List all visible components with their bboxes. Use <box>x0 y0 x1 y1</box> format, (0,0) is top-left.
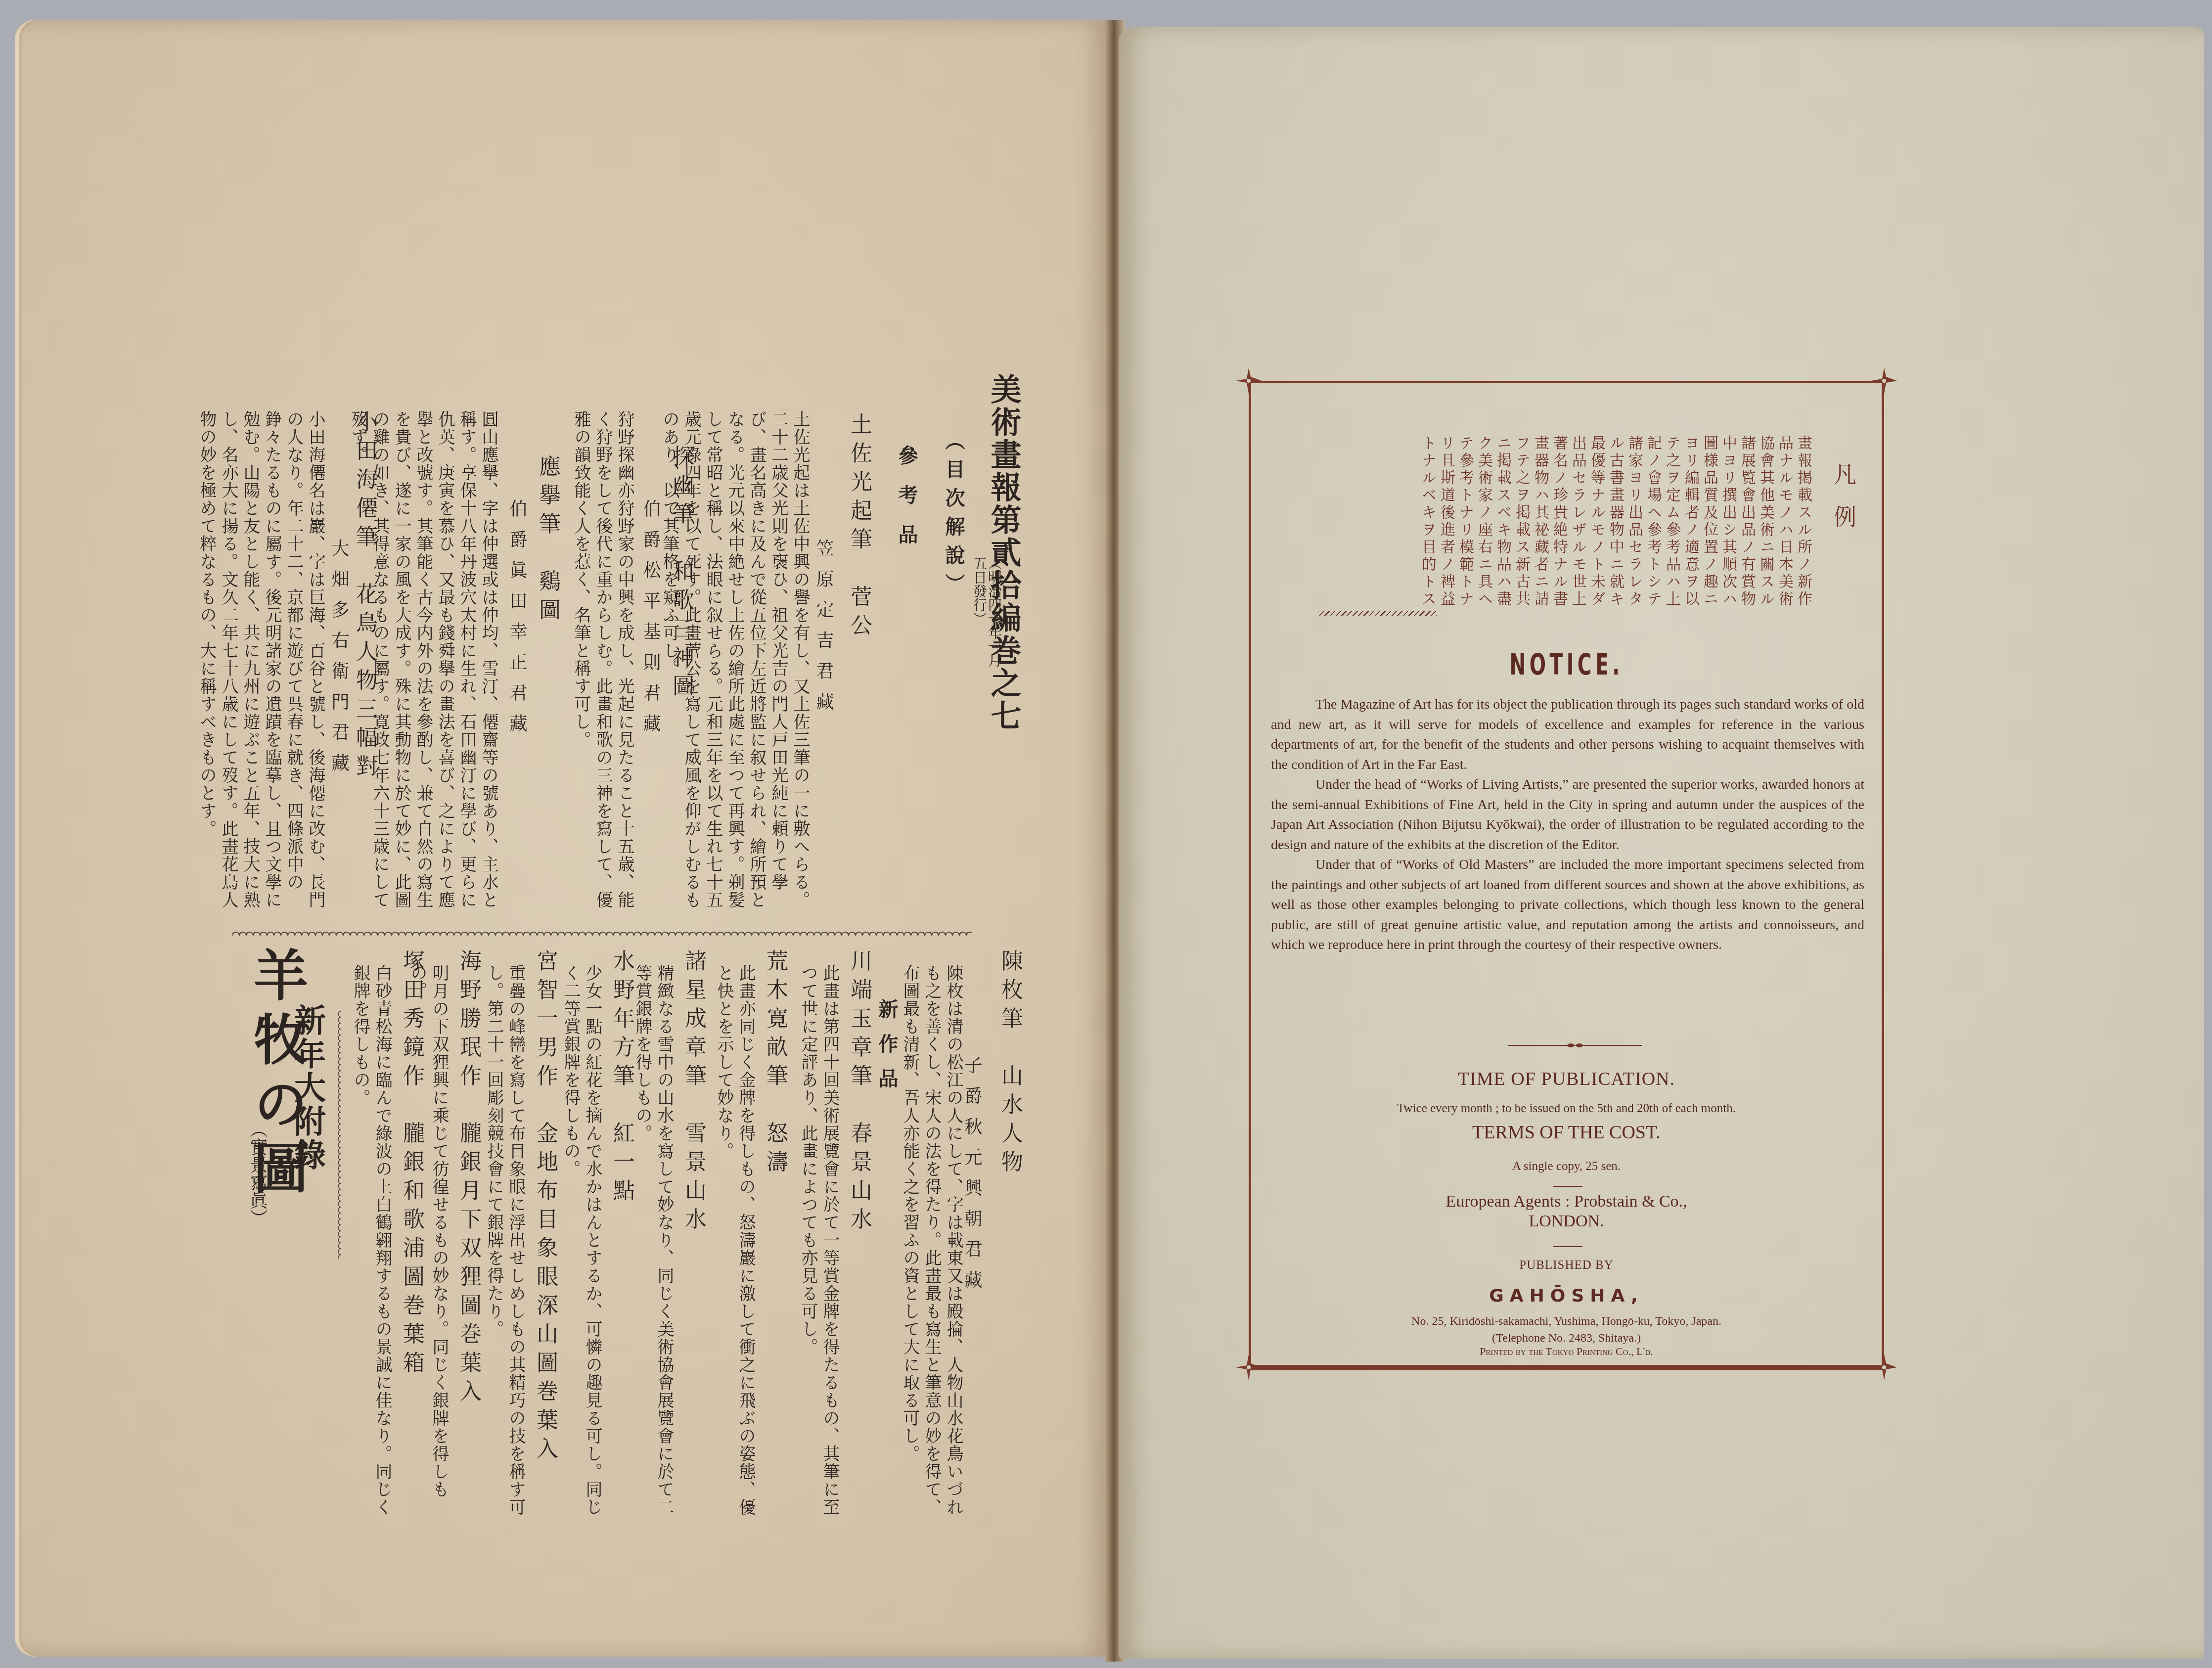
hanrei-text: 畫報掲載スル所ノ新作品ナルモノハ日本美術協會其他美術ニ關スル諸展覧會出品ノ有賞物… <box>1259 435 1812 618</box>
publisher-address: No. 25, Kiridōshi-sakamachi, Yushima, Ho… <box>1249 1313 1884 1347</box>
entry-owner: 伯爵松平基則君藏 <box>638 499 663 745</box>
hanrei-title: 凡例 <box>1827 462 1860 547</box>
entry-description: 陳枚は清の松江の人にして、字は載東又は殿掄、人物山水花鳥いづれも之を善くし、宋人… <box>900 964 964 1523</box>
entry-title: 海野勝珉作 朧銀月下双狸圖巻葉入 <box>452 949 484 1408</box>
entry-owner: 伯爵眞田幸正君藏 <box>504 499 530 745</box>
issue-date: （明治四十年一月五日發行） <box>967 556 1001 675</box>
entry-title: 陳枚筆 山水人物 <box>994 949 1026 1179</box>
entry-title: 探幽筆 和歌三神圖 <box>665 445 697 703</box>
entry-title: 諸星成章筆 雪景山水 <box>677 949 709 1236</box>
entry-title: 土佐光起筆 菅公 <box>843 413 875 642</box>
notice-body: The Magazine of Art has for its object t… <box>1271 695 1864 955</box>
publisher-name: GAHŌSHA, <box>1249 1286 1884 1306</box>
supplement-note: （實景寫眞） <box>245 1120 270 1227</box>
entry-description: 此畫亦同じく金牌を得しもの、怒濤巖に激して衝之に飛ぶの姿態、優と快とを示して妙な… <box>702 964 757 1523</box>
publication-heading: TIME OF PUBLICATION. <box>1249 1068 1884 1090</box>
magazine-title: 美術畫報第貳拾編巻之七 <box>982 373 1026 732</box>
entry-title: 應擧筆 鷄圖 <box>532 455 563 627</box>
agents-line: European Agents : Probstain & Co., <box>1249 1192 1884 1212</box>
publication-detail: Twice every month ; to be issued on the … <box>1249 1102 1884 1116</box>
entry-owner: 大畑多右衛門君藏 <box>326 539 352 784</box>
section-new-works: 新作品 <box>873 999 901 1103</box>
book-spread: 美術畫報第貳拾編巻之七 （明治四十年一月五日發行） （目次解說） 參考品 土佐光… <box>0 0 2212 1668</box>
published-by-label: PUBLISHED BY <box>1249 1259 1884 1272</box>
entry-description: 圓山應擧、字は仲選或は仲均、雪汀、僊齋等の號あり、主水と稱す。享保十八年丹波穴太… <box>376 410 499 915</box>
corner-ornament-icon <box>1234 366 1264 396</box>
entry-title: 塚田秀鏡作 朧銀和歌浦圖巻葉箱 <box>396 949 427 1380</box>
section-reference: 參考品 <box>893 445 921 564</box>
entry-description: 重疊の峰巒を寫して布目象眼に浮出せしめしもの其精巧の技を稱す可し。第二十一回彫刻… <box>480 964 527 1523</box>
divider-ornament-icon <box>1508 1041 1642 1049</box>
notice-paragraph: The Magazine of Art has for its object t… <box>1271 695 1864 775</box>
printer-line: Printed by the Tokyo Printing Co., L'd. <box>1249 1345 1884 1358</box>
notice-paragraph: Under the head of “Works of Living Artis… <box>1271 775 1864 855</box>
cost-detail: A single copy, 25 sen. <box>1249 1160 1884 1173</box>
supplement-divider <box>335 1011 341 1259</box>
entry-owner: 笠原定吉君藏 <box>811 539 836 723</box>
entry-description: 此畫は第四十回美術展覽會に於て一等賞金牌を得たるもの、其筆に至つて世に定評あり、… <box>791 964 841 1523</box>
entry-description: 少女一點の紅花を摘んで水かはんとするか、可憐の趣見る可し。同じく二等賞銀牌を得し… <box>559 964 603 1523</box>
toc-heading: （目次解說） <box>940 430 968 602</box>
address-line: No. 25, Kiridōshi-sakamachi, Yushima, Ho… <box>1249 1313 1884 1330</box>
entry-description: 土佐光起は土佐中興の譽を有し、又土佐三筆の一に敷へらる。二十二歳父光則を襃ひ、祖… <box>712 410 811 915</box>
short-rule <box>1553 1186 1582 1187</box>
entry-title: 川端玉章筆 春景山水 <box>843 949 875 1236</box>
hanrei-divider <box>1318 611 1437 616</box>
cost-heading: TERMS OF THE COST. <box>1249 1122 1884 1143</box>
frame-bottom-rule <box>1251 1367 1882 1370</box>
notice-title: NOTICE. <box>1328 648 1805 681</box>
entry-title: 荒木寛畝筆 怒濤 <box>759 949 791 1179</box>
entry-title: 水野年方筆 紅一點 <box>606 949 637 1208</box>
entry-description: 白砂青松海に臨んで綠波の上白鶴翱翔するもの景誠に佳なり。同じく銀牌を得しもの。 <box>346 964 393 1523</box>
telephone-line: (Telephone No. 2483, Shitaya.) <box>1249 1330 1884 1347</box>
short-rule <box>1553 1246 1582 1247</box>
entry-description: 狩野探幽亦狩野家の中興を成し、光起に見たること十五歳、能く狩野をして後代に重から… <box>566 410 635 915</box>
entry-title: 小田海僊筆 花鳥人物三幅對 <box>349 410 380 783</box>
corner-ornament-icon <box>1869 366 1899 396</box>
notice-paragraph: Under that of “Works of Old Masters” are… <box>1271 855 1864 955</box>
entry-description: 小田海僊名は巖、字は巨海、百谷と號し、後海僊に改む、長門の人なり。年二十二、京都… <box>237 410 326 915</box>
entry-description: 明月の下双狸興に乘じて彷徨せるもの妙なり。同じく銀牌を得しもの。 <box>425 964 450 1523</box>
agents-city: LONDON. <box>1249 1212 1884 1231</box>
entry-title: 宮智一男作 金地布目象眼深山圖巻葉入 <box>529 949 561 1466</box>
european-agents: European Agents : Probstain & Co., LONDO… <box>1249 1192 1884 1231</box>
section-divider <box>232 929 972 936</box>
